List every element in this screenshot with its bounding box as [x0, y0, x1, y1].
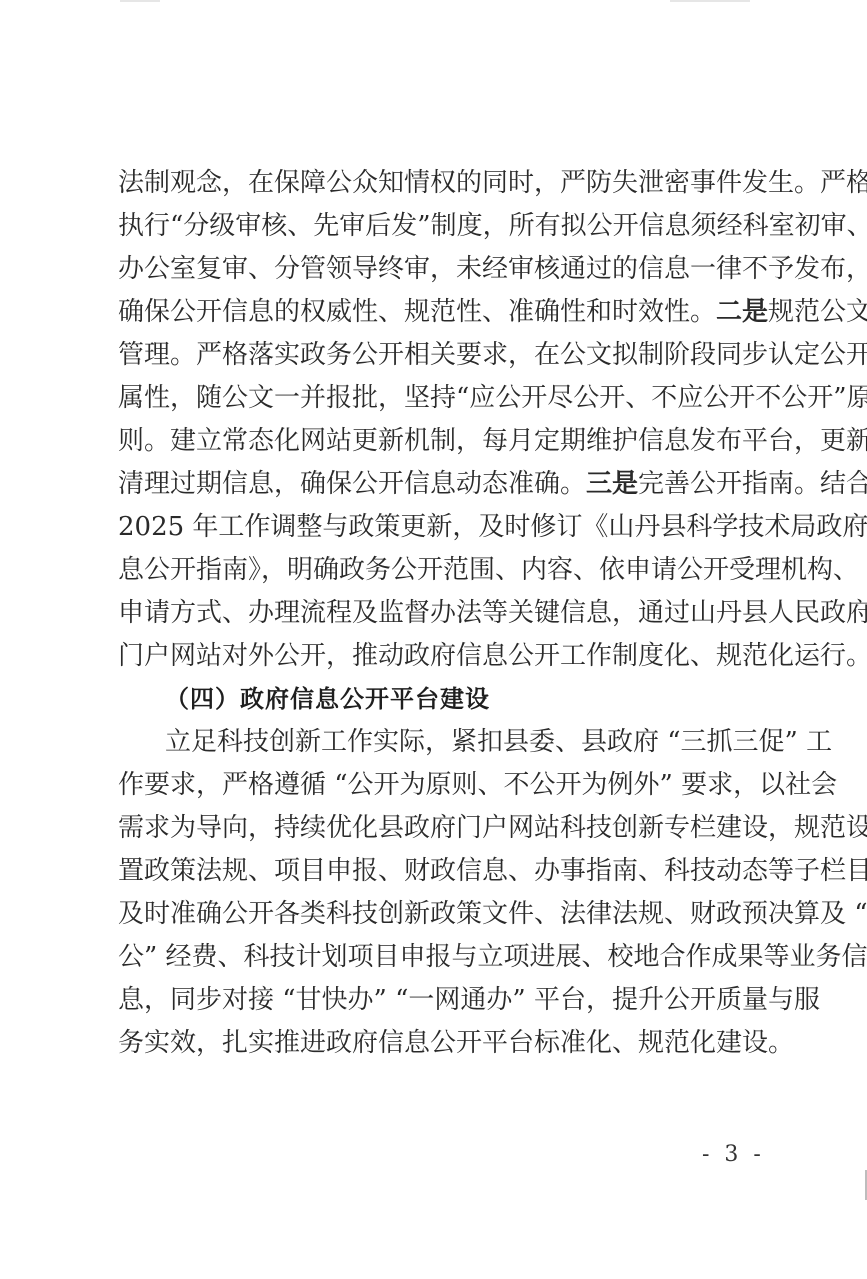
body-text-line: 作要求，严格遵循 “公开为原则、不公开为例外” 要求，以社会: [118, 768, 774, 802]
section-heading: （四）政府信息公开平台建设: [165, 682, 490, 716]
body-text-line: 则。建立常态化网站更新机制，每月定期维护信息发布平台，更新: [118, 424, 774, 458]
body-text-line: 2025 年工作调整与政策更新，及时修订《山丹县科学技术局政府信: [118, 510, 774, 544]
body-text-line: 立足科技创新工作实际，紧扣县委、县政府 “三抓三促” 工: [165, 725, 774, 759]
document-page: 法制观念，在保障公众知情权的同时，严防失泄密事件发生。严格 执行“分级审核、先审…: [0, 0, 867, 1279]
body-text-line: 清理过期信息，确保公开信息动态准确。三是完善公开指南。结合: [118, 467, 774, 501]
body-text-line: 息公开指南》，明确政务公开范围、内容、依申请公开受理机构、: [118, 553, 774, 587]
body-text-segment: 完善公开指南。结合: [638, 469, 867, 499]
body-text-segment: 清理过期信息，确保公开信息动态准确。: [118, 469, 586, 499]
emphasis-text: 三是: [586, 469, 638, 499]
emphasis-text: 二是: [716, 297, 768, 327]
scan-artifact: [670, 0, 750, 2]
body-text-line: 公” 经费、科技计划项目申报与立项进展、校地合作成果等业务信: [118, 940, 774, 974]
body-text-line: 办公室复审、分管领导终审，未经审核通过的信息一律不予发布，: [118, 252, 774, 286]
body-text-line: 息，同步对接 “甘快办” “一网通办” 平台，提升公开质量与服: [118, 983, 774, 1017]
body-text-segment: 确保公开信息的权威性、规范性、准确性和时效性。: [118, 297, 716, 327]
body-text-line: 需求为导向，持续优化县政府门户网站科技创新专栏建设，规范设: [118, 811, 774, 845]
body-text-line: 务实效，扎实推进政府信息公开平台标准化、规范化建设。: [118, 1026, 774, 1060]
body-text-line: 置政策法规、项目申报、财政信息、办事指南、科技动态等子栏目，: [118, 854, 774, 888]
body-text-line: 及时准确公开各类科技创新政策文件、法律法规、财政预决算及 “三: [118, 897, 774, 931]
page-number: - 3 -: [702, 1140, 765, 1170]
scan-artifact: [120, 0, 160, 2]
body-text-line: 执行“分级审核、先审后发”制度，所有拟公开信息须经科室初审、: [118, 209, 774, 243]
body-text-line: 属性，随公文一并报批，坚持“应公开尽公开、不应公开不公开”原: [118, 381, 774, 415]
body-text-line: 法制观念，在保障公众知情权的同时，严防失泄密事件发生。严格: [118, 166, 774, 200]
body-text-line: 门户网站对外公开，推动政府信息公开工作制度化、规范化运行。: [118, 639, 774, 673]
body-text-segment: 规范公文: [768, 297, 867, 327]
body-text-line: 确保公开信息的权威性、规范性、准确性和时效性。二是规范公文: [118, 295, 774, 329]
body-text-line: 申请方式、办理流程及监督办法等关键信息，通过山丹县人民政府: [118, 596, 774, 630]
body-text-line: 管理。严格落实政务公开相关要求，在公文拟制阶段同步认定公开: [118, 338, 774, 372]
